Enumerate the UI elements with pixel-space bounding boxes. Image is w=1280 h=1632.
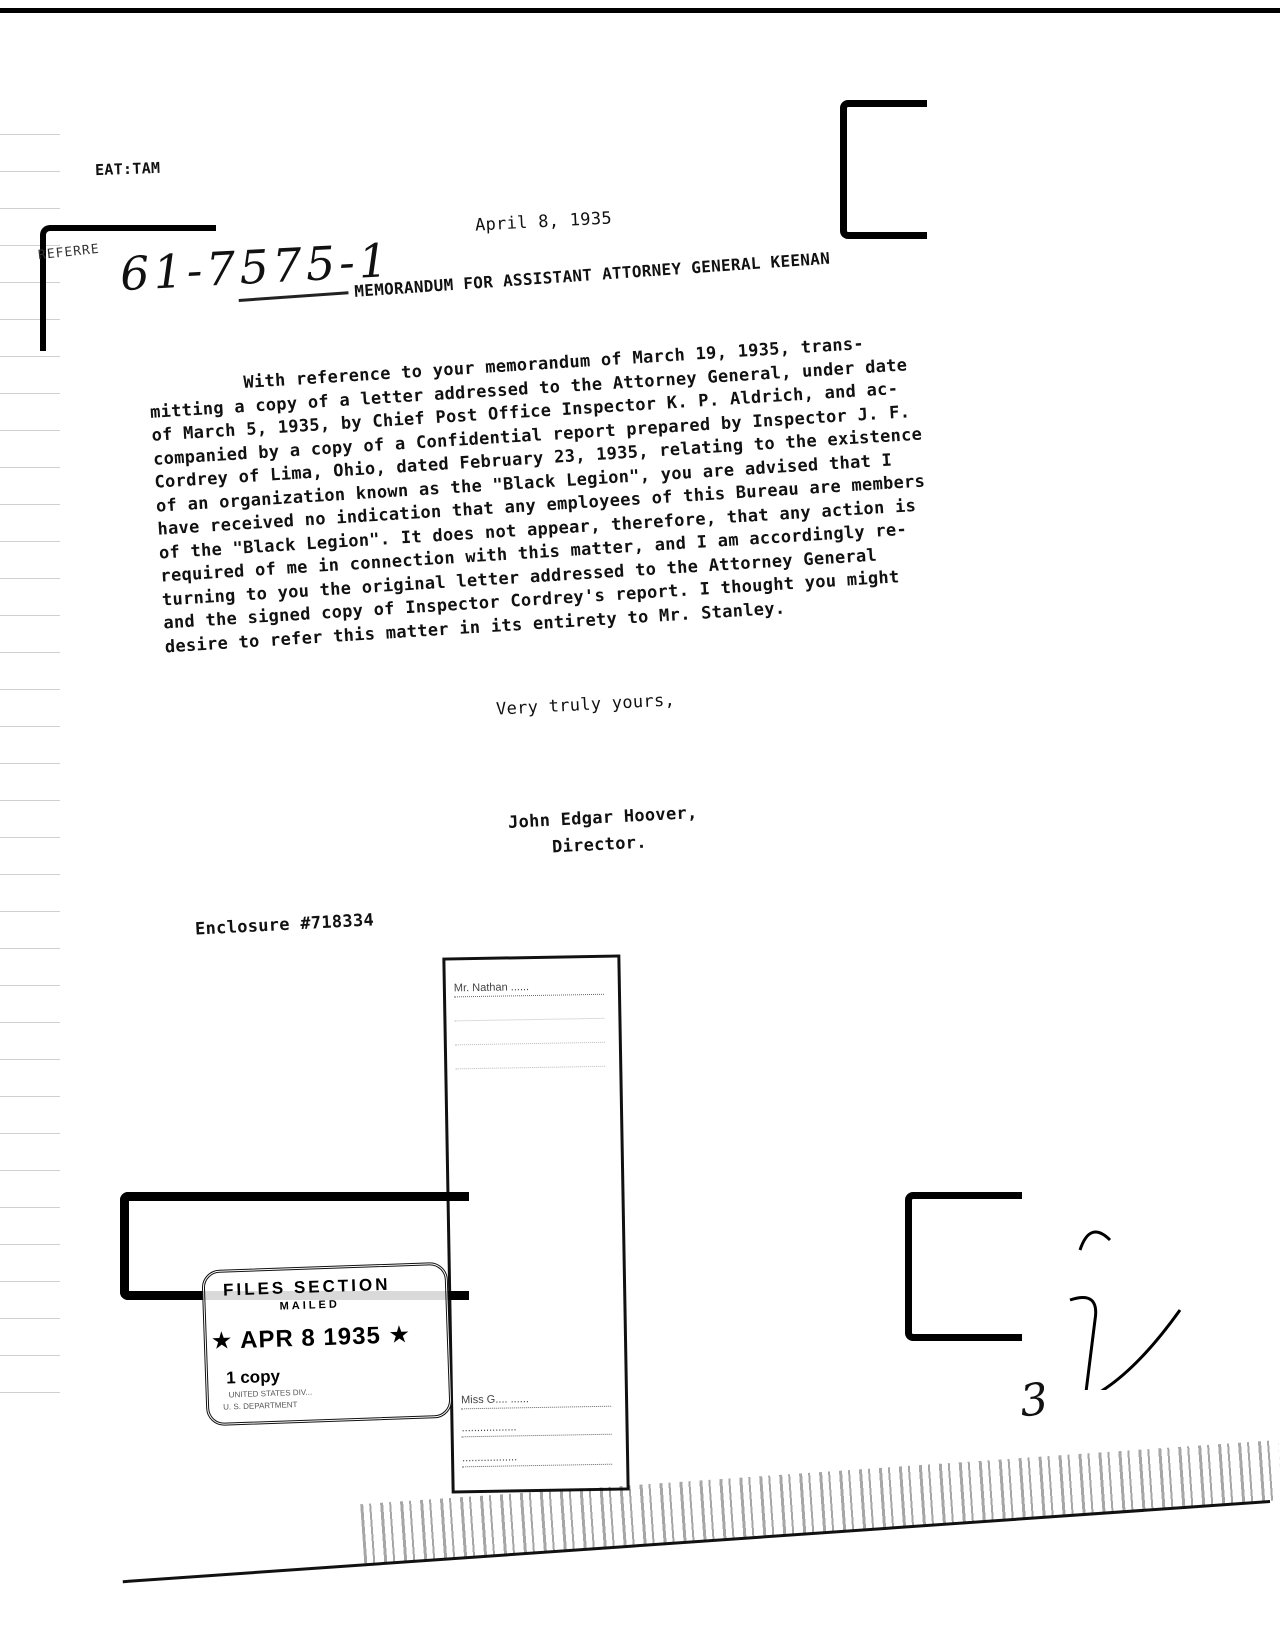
bracket-mark-right (905, 1192, 1022, 1341)
files-section-stamp: FILES SECTION MAILED ★ APR 8 1935 ★ 1 co… (201, 1262, 452, 1426)
routing-slip: Mr. Nathan ...... Miss G.... ...... ....… (442, 954, 629, 1493)
stamp-date: ★ APR 8 1935 ★ (210, 1320, 411, 1356)
memo-body: With reference to your memorandum of Mar… (148, 321, 1064, 659)
routing-slip-row: .................. (461, 1418, 611, 1438)
letter-date: April 8, 1935 (475, 208, 613, 235)
routing-slip-row: .................. (462, 1448, 612, 1468)
signer-name: John Edgar Hoover, (508, 803, 698, 833)
stamp-heading: FILES SECTION (223, 1275, 391, 1301)
handwritten-initials-mark (1030, 1210, 1190, 1390)
routing-slip-row: Miss G.... ...... (461, 1390, 611, 1410)
stamp-status: MAILED (279, 1299, 340, 1313)
typist-initials: EAT:TAM (95, 159, 161, 179)
stamp-department: U. S. DEPARTMENT (223, 1400, 298, 1412)
closing-salutation: Very truly yours, (496, 690, 676, 719)
subject-text: MEMORANDUM FOR ASSISTANT ATTORNEY GENERA… (354, 249, 831, 301)
stamp-line: UNITED STATES DIV... (229, 1388, 313, 1400)
bracket-mark-top (840, 100, 927, 239)
stamp-copies: 1 copy (226, 1367, 281, 1389)
top-edge-rule (0, 8, 1280, 13)
signer-title: Director. (552, 833, 648, 858)
page-number: 3 (1017, 1374, 1050, 1428)
underline-mark (239, 291, 349, 302)
routing-slip-row (454, 1002, 604, 1022)
routing-slip-row (455, 1026, 605, 1046)
routing-slip-row (455, 1050, 605, 1070)
routing-slip-row: Mr. Nathan ...... (454, 978, 604, 998)
enclosure-note: Enclosure #718334 (195, 910, 375, 939)
